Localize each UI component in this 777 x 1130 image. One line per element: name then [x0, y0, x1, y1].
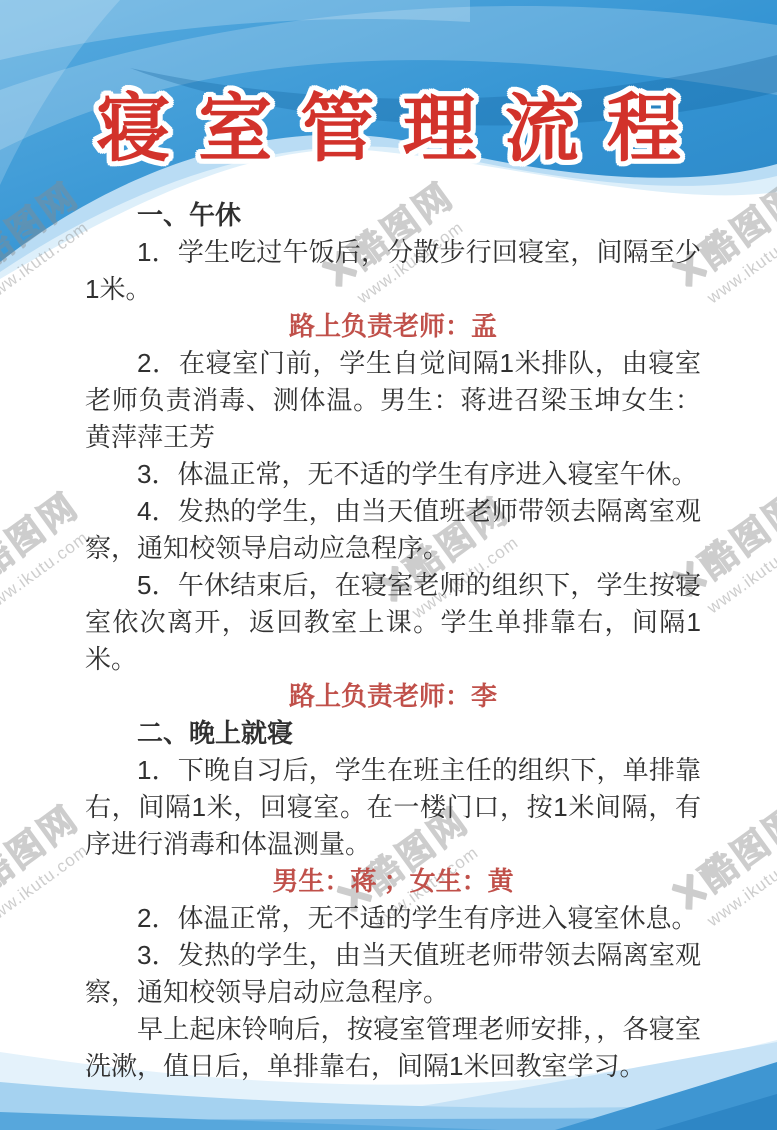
- watermark-brand: 酷图网: [0, 792, 88, 902]
- section-heading-noon-rest: 一、午休: [85, 197, 701, 234]
- teacher-note: 路上负责老师：李: [85, 678, 701, 715]
- teacher-note: 男生：蒋 ；女生：黄: [85, 863, 701, 900]
- body-paragraph: 1．学生吃过午饭后，分散步行回寝室，间隔至少1米。: [85, 234, 701, 308]
- body-paragraph: 4．发热的学生，由当天值班老师带领去隔离室观察，通知校领导启动应急程序。: [85, 493, 701, 567]
- poster-body: 一、午休 1．学生吃过午饭后，分散步行回寝室，间隔至少1米。 路上负责老师：孟 …: [85, 197, 701, 1085]
- watermark-brand: 酷图网: [688, 479, 777, 589]
- body-paragraph: 3．发热的学生，由当天值班老师带领去隔离室观察，通知校领导启动应急程序。: [85, 937, 701, 1011]
- watermark-brand: 酷图网: [0, 479, 88, 589]
- body-paragraph: 早上起床铃响后，按寝室管理老师安排，，各寝室洗漱，值日后，单排靠右，间隔1米回教…: [85, 1011, 701, 1085]
- body-paragraph: 5．午休结束后，在寝室老师的组织下，学生按寝室依次离开，返回教室上课。学生单排靠…: [85, 567, 701, 678]
- teacher-note: 路上负责老师：孟: [85, 308, 701, 345]
- body-paragraph: 2．体温正常，无不适的学生有序进入寝室休息。: [85, 900, 701, 937]
- watermark-brand: 酷图网: [688, 792, 777, 902]
- page-title: 寝室管理流程: [0, 70, 777, 176]
- body-paragraph: 1．下晚自习后，学生在班主任的组织下，单排靠右，间隔1米，回寝室。在一楼门口，按…: [85, 752, 701, 863]
- body-paragraph: 3．体温正常，无不适的学生有序进入寝室午休。: [85, 456, 701, 493]
- body-paragraph: 2．在寝室门前，学生自觉间隔1米排队，由寝室老师负责消毒、测体温。男生：蒋进召梁…: [85, 345, 701, 456]
- section-heading-night-sleep: 二、晚上就寝: [85, 715, 701, 752]
- dormitory-poster: 寝室管理流程 酷图网 www.ikutu.com 酷图网 www.ikutu.c…: [0, 0, 777, 1130]
